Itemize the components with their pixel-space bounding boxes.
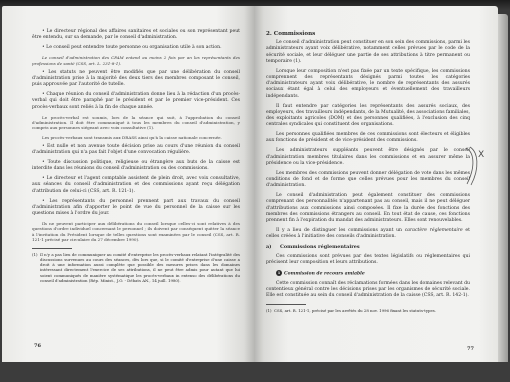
italic-run: caractère réglementaire	[405, 228, 463, 233]
footnote-divider	[32, 248, 72, 249]
section-heading: 2. Commissions	[266, 31, 470, 37]
right-page: 2. Commissions Le conseil d'administrati…	[254, 6, 498, 372]
text-run: Il y a lieu de distinguer les commission…	[276, 228, 405, 233]
paragraph: • Le directeur régional des affaires san…	[32, 29, 240, 41]
small-paragraph: Les procès-verbaux sont transmis aux DRA…	[32, 135, 240, 140]
small-paragraph: Ils ne peuvent participer aux délibérati…	[32, 221, 240, 243]
footnote: (1) CSS, art. R. 121-1, précisé par les …	[266, 308, 470, 313]
paragraph: • Les statuts ne peuvent être modifiés q…	[32, 70, 240, 89]
left-page: • Le directeur régional des affaires san…	[2, 6, 254, 372]
paragraph: Il faut entendre par catégories les repr…	[266, 104, 470, 129]
paragraph: Cette commission connaît des réclamation…	[266, 281, 470, 300]
small-paragraph: Le procès-verbal est soumis, lors de la …	[32, 115, 240, 131]
paragraph: Lorsque leur composition n'est pas fixée…	[266, 69, 470, 100]
paragraph: Le conseil d'administration peut égaleme…	[266, 193, 470, 224]
paragraph: Les personnes qualifiées membres de ces …	[266, 132, 470, 144]
right-page-content: 2. Commissions Le conseil d'administrati…	[266, 31, 470, 317]
footnote-divider	[266, 304, 306, 305]
handwritten-bracket-icon	[464, 146, 490, 186]
paragraph: • Chaque réunion du conseil d'administra…	[32, 92, 240, 111]
footnote-marker: (1)	[266, 308, 272, 313]
footnote: (1) Il n'y a pas lieu de communiquer au …	[32, 252, 240, 283]
paragraph: • Le conseil peut entendre toute personn…	[32, 45, 240, 51]
footnote-text: Il n'y a pas lieu de communiquer au comi…	[40, 252, 240, 283]
page-number: 77	[467, 346, 474, 352]
paragraph: • Toute discussion politique, religieuse…	[32, 160, 240, 172]
paragraph: Les administrateurs suppléants peuvent ê…	[266, 148, 470, 167]
subsection-heading: a)Commissions réglementaires	[266, 244, 470, 250]
numbered-circle-icon: 1	[276, 270, 282, 276]
paragraph: • Le directeur et l'agent comptable assi…	[32, 176, 240, 195]
page-edge	[498, 14, 508, 370]
paragraph: Les membres des commissions peuvent donn…	[266, 171, 470, 190]
page-number: 76	[34, 343, 41, 349]
item-heading: 1Commission de recours amiable	[276, 270, 470, 278]
paragraph: Il y a lieu de distinguer les commission…	[266, 228, 470, 240]
item-title: Commission de recours amiable	[284, 271, 365, 276]
paragraph: Le conseil d'administration peut constit…	[266, 40, 470, 65]
subsection-title: Commissions réglementaires	[280, 244, 360, 250]
book-bottom-shadow	[0, 362, 510, 382]
paragraph: Ces commissions sont prévues par des tex…	[266, 254, 470, 266]
handwritten-x-mark: X	[478, 150, 484, 160]
italic-note: Le conseil d'administration des CPAM ent…	[32, 55, 240, 66]
subsection-letter: a)	[266, 244, 280, 250]
open-book-spread: • Le directeur régional des affaires san…	[0, 6, 510, 372]
paragraph: • Est nulle et non avenue toute décision…	[32, 144, 240, 156]
left-page-content: • Le directeur régional des affaires san…	[32, 29, 240, 287]
footnote-text: CSS, art. R. 121-1, précisé par les arrê…	[274, 308, 436, 313]
footnote-marker: (1)	[32, 252, 38, 257]
paragraph: • Les représentants du personnel prennen…	[32, 199, 240, 218]
